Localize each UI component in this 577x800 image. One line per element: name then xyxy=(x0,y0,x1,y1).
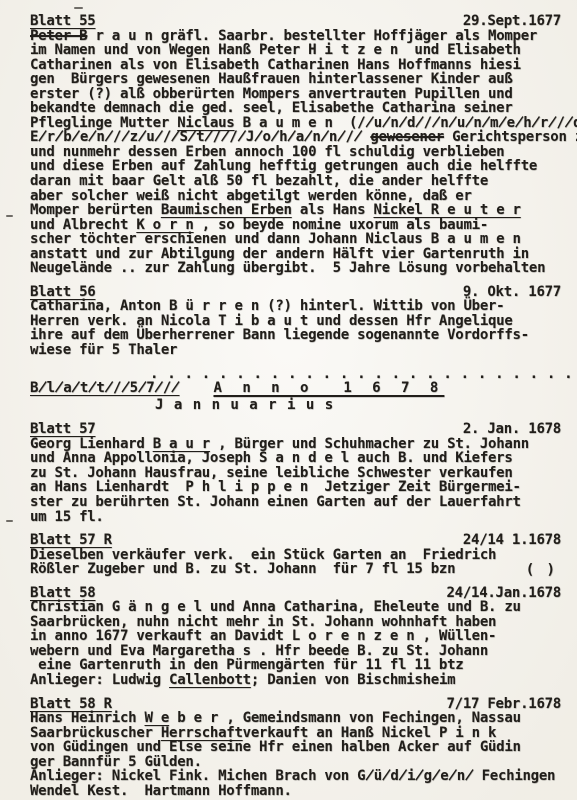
smudge-mark xyxy=(6,215,13,217)
blatt-label: Blatt 55 xyxy=(30,14,95,29)
text-line: Rößler Zugeber und B. zu St. Johann für … xyxy=(30,562,561,577)
text-line: E̸r̸b̸e̸n̸/̸z̸u̸/̸S̸t̸/̸/̸J̸o̸h̸a̸n̸n̸/̸… xyxy=(30,130,561,145)
text-line: in anno 1677 verkauft an Davidt L o r e … xyxy=(30,629,561,644)
anno-heading: A n n o 1 6 7 8 xyxy=(213,381,444,396)
text-run: Fechingen xyxy=(473,768,555,784)
text-line: ihre auf dem Überherrener Bann liegende … xyxy=(30,328,561,343)
text-line: Hans Heinrich W e b e r , Gemeindsmann v… xyxy=(30,711,561,726)
text-run: Neugelände .. zur Zahlung übergibt. 5 Ja… xyxy=(30,260,545,276)
text-run: um 15 fl. xyxy=(30,509,104,525)
entry-header: Blatt 58 R7/17 Febr.1678 xyxy=(30,697,561,712)
text-line: Dieselben verkäufer verk. ein Stück Gart… xyxy=(30,548,561,563)
text-run: Wendel Kest. Hartmann Hoffmann. xyxy=(30,783,292,799)
record-entry: Blatt 572. Jan. 1678Georg Lienhard B a u… xyxy=(30,422,561,524)
entry-header: Blatt 5529.Sept.1677 xyxy=(30,14,561,29)
blatt-label: Blatt 58 R xyxy=(30,697,112,712)
text-line: ster zu berührten St. Johann einen Garte… xyxy=(30,495,561,510)
text-line: Catharinen als von Elisabeth Catharinen … xyxy=(30,58,561,73)
text-line: Anlieger: Ludwig Callenbott; Danien von … xyxy=(30,673,561,688)
text-run: wiese für 5 Thaler xyxy=(30,342,177,358)
record-entry: Blatt 569. Okt. 1677Catharina, Anton B ü… xyxy=(30,285,561,358)
blatt-label: Blatt 57 xyxy=(30,422,95,437)
text-line: Catharina, Anton B ü r r e n (?) hinterl… xyxy=(30,299,561,314)
text-line: aber solcher weiß nicht abgetilgt werden… xyxy=(30,189,561,204)
text-run: Rößler Zugeber und B. zu St. Johann für … xyxy=(30,561,455,577)
text-run: ; Danien von Bischmisheim xyxy=(251,672,455,688)
text-run: Callenbott xyxy=(169,672,251,688)
text-line: und diese Erben auf Zahlung hefftig getr… xyxy=(30,159,561,174)
text-line: im Namen und von Wegen Hanß Peter H i t … xyxy=(30,43,561,58)
record-entry: Blatt 5824/14.Jan.1678Christian G ä n g … xyxy=(30,586,561,688)
blatt-label: Blatt 57 R xyxy=(30,533,112,548)
smudge-mark xyxy=(6,520,13,522)
text-line: scher töchter erschienen und dann Johann… xyxy=(30,232,561,247)
text-line: von Güdingen und Else seine Hfr einen ha… xyxy=(30,740,561,755)
record-entry: Blatt 58 R7/17 Febr.1678Hans Heinrich W … xyxy=(30,697,561,799)
month-heading: J a n n u a r i u s xyxy=(155,398,561,413)
text-line: daran mit baar Gelt alß 50 fl bezahlt, d… xyxy=(30,174,561,189)
record-entry: Blatt 5529.Sept.1677Peter B r a u n gräf… xyxy=(30,14,561,276)
text-line: Neugelände .. zur Zahlung übergibt. 5 Ja… xyxy=(30,261,561,276)
parenthesis-note: ( ) xyxy=(526,563,557,578)
smudge-mark xyxy=(74,7,83,9)
entry-date: 24/14 1.1678 xyxy=(463,533,561,548)
text-line: Momper berürten Baumischen Erben als Han… xyxy=(30,203,561,218)
text-line: gen Bürgers gewesenen Haußfrauen hinterl… xyxy=(30,72,561,87)
dotted-divider: . . . . . . . . . . . . . . . . . . . . … xyxy=(150,367,561,382)
scanned-page: Blatt 5529.Sept.1677Peter B r a u n gräf… xyxy=(0,0,577,800)
text-line: an Hans Lienhardt P h l i p p e n Jetzig… xyxy=(30,480,561,495)
text-line: Anlieger: Nickel Fink. Michen Brach von … xyxy=(30,769,561,784)
text-run: Anlieger: Ludwig xyxy=(30,672,169,688)
anno-divider: . . . . . . . . . . . . . . . . . . . . … xyxy=(30,367,561,413)
text-line: Wendel Kest. Hartmann Hoffmann. xyxy=(30,784,561,799)
text-run: G̸ü̸d̸i̸g̸e̸n̸ xyxy=(357,768,473,784)
entry-date: 7/17 Febr.1678 xyxy=(446,697,561,712)
text-line: um 15 fl. xyxy=(30,510,561,525)
text-line: Peter B r a u n gräfl. Saarbr. bestellte… xyxy=(30,29,561,44)
text-line: Christian G ä n g e l und Anna Catharina… xyxy=(30,600,561,615)
text-line: bekandte demnach die ged. seel, Elisabet… xyxy=(30,101,561,116)
entry-date: 29.Sept.1677 xyxy=(463,14,561,29)
entry-header: Blatt 572. Jan. 1678 xyxy=(30,422,561,437)
text-line: wiese für 5 Thaler xyxy=(30,343,561,358)
struck-blatt-label: B̸l̸a̸t̸t̸/̸5̸7̸/̸ xyxy=(30,381,179,396)
text-line: eine Gartenruth in den Pürmengärten für … xyxy=(30,658,561,673)
entry-header: Blatt 57 R24/14 1.1678 xyxy=(30,533,561,548)
entry-date: 2. Jan. 1678 xyxy=(463,422,561,437)
record-entry: Blatt 57 R24/14 1.1678Dieselben verkäufe… xyxy=(30,533,561,577)
text-line: Saarbrückuscher Herrschaftverkauft an Ha… xyxy=(30,726,561,741)
divider-row: B̸l̸a̸t̸t̸/̸5̸7̸/̸A n n o 1 6 7 8 xyxy=(30,381,561,396)
text-line: und Anna Appollonia, Joseph S a n d e l … xyxy=(30,451,561,466)
text-run: ster zu berührten St. Johann einen Garte… xyxy=(30,494,521,510)
